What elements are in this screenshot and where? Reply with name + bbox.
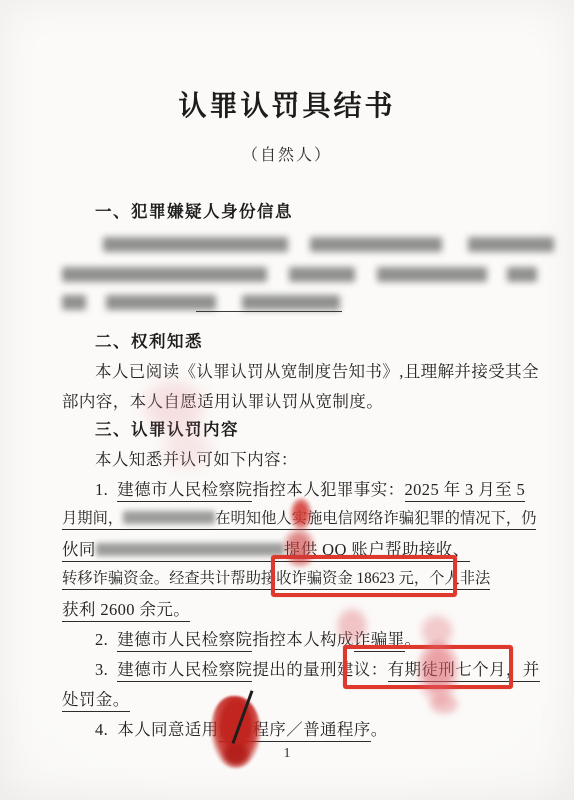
item-1-line-2: 月期间，在明知他人实施电信网络诈骗犯罪的情况下，仍 [62,506,536,528]
item-1-accomplice-pre: 伙同 [62,540,96,559]
item-4-number: 4. [95,720,108,739]
redaction-blur [103,237,288,252]
item-3-number: 3. [95,660,108,679]
redaction-blur [62,267,267,282]
item-2-line: 2.建德市人民检察院指控本人构成诈骗罪。 [62,626,421,650]
item-1-accuser: 建德市人民检察院 [117,480,252,502]
item-1-line-1: 1.建德市人民检察院指控本人犯罪事实：2025 年 3 月至 5 [62,476,525,500]
document-title: 认罪认罚具结书 [0,84,574,124]
item-3-fine: 处罚金。 [62,690,130,712]
item-1-line-3: 伙同提供 QQ 账户帮助接收、 [62,536,470,560]
section-2-line-1: 本人已阅读《认罪认罚从宽制度告知书》,且理解并接受其全 [62,358,539,382]
item-2-text: 指控本人构成 [252,630,353,649]
item-2-crime: 诈骗罪 [354,630,405,652]
redaction-blur [96,543,284,556]
section-1-heading: 一、犯罪嫌疑人身份信息 [62,198,293,222]
item-4-line: 4.本人同意适用简易程序／普通程序。 [62,716,388,740]
redaction-blur [62,295,86,310]
item-1-fact-pre: 月期间， [62,510,123,527]
redaction-blur [123,511,215,524]
redacted-identity-line [103,234,554,254]
item-4-procedure: 简易程序／普通程序 [219,720,371,742]
item-1-profit-line: 获利 2600 余元。 [62,600,190,622]
redaction-blur [507,267,537,282]
item-1-line-4: 转移诈骗资金。经查共计帮助接收诈骗资金 18623 元，个人非法 [62,566,490,588]
redaction-blur [310,237,442,252]
redaction-blur [106,295,216,310]
section-2-heading: 二、权利知悉 [62,328,203,352]
item-1-number: 1. [95,480,108,499]
item-1-fact-post: 在明知他人实施电信网络诈骗犯罪的情况下，仍 [215,510,536,527]
item-1-date-range: 2025 年 3 月至 5 [405,480,526,502]
redaction-blur [242,295,340,310]
item-1-charge-lead: 指控本人犯罪事实： [252,480,404,499]
item-4-text: 本人同意适用 [117,720,218,739]
item-3-accuser: 建德市人民检察院 [117,660,252,682]
fingerprint [418,612,456,650]
redaction-blur [468,237,554,252]
page-number: 1 [0,746,574,762]
redaction-blur [289,267,355,282]
item-1-accomplice-post: 提供 QQ 账户帮助接收、 [284,540,470,559]
item-1-amount-line: 转移诈骗资金。经查共计帮助接收诈骗资金 18623 元，个人非法 [62,570,490,590]
document-page: 认罪认罚具结书 （自然人） 一、犯罪嫌疑人身份信息 二、权利知悉 本人已阅读《认… [0,0,574,800]
redaction-blur [377,267,487,282]
section-3-heading: 三、认罪认罚内容 [62,416,239,440]
item-2-period: 。 [405,630,422,649]
item-3-line-2: 处罚金。 [62,686,130,710]
section-2-line-2: 部内容，本人自愿适用认罪认罚从宽制度。 [62,388,383,412]
item-3-sentence: 有期徒刑七个月，并 [388,660,540,682]
redacted-identity-line [62,292,340,312]
item-2-accuser: 建德市人民检察院 [117,630,252,652]
item-4-period: 。 [371,720,388,739]
item-1-line-5: 获利 2600 余元。 [62,596,190,620]
redacted-identity-line [62,264,537,284]
item-3-line-1: 3.建德市人民检察院提出的量刑建议：有期徒刑七个月，并 [62,656,540,680]
item-3-text: 提出的量刑建议： [252,660,387,679]
redaction-underline [196,311,342,312]
fingerprint [427,692,461,716]
document-subtitle: （自然人） [0,142,574,165]
section-3-intro: 本人知悉并认可如下内容： [62,446,298,470]
item-2-number: 2. [95,630,108,649]
